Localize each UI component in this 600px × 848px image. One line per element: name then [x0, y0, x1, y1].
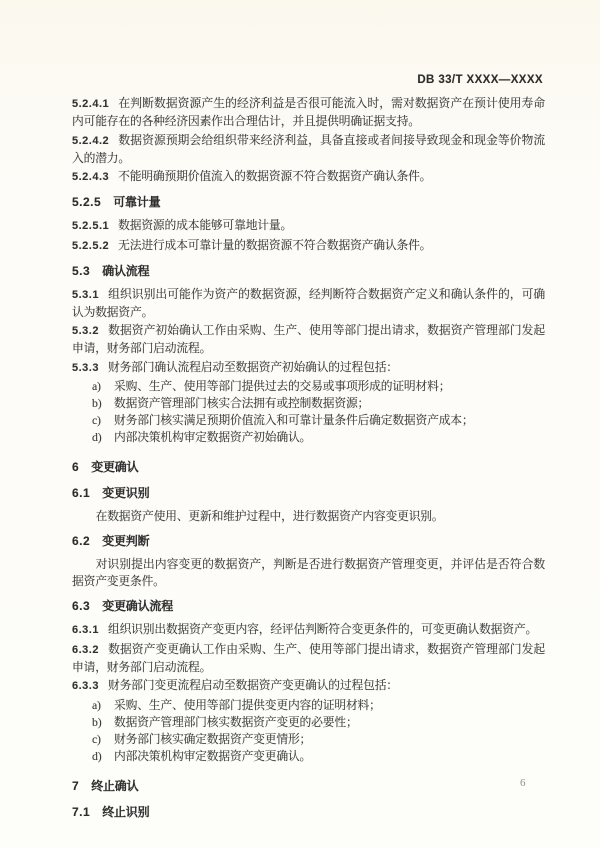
clause-text: 组织识别出可能作为资产的数据资源，经判断符合数据资产定义和确认条件的，可确认为数… [72, 287, 545, 319]
list-6-3-3: a)采购、生产、使用等部门提供变更内容的证明材料； b)数据资产管理部门核实数据… [72, 697, 545, 765]
clause-6-3-1: 6.3.1组织识别出数据资产变更内容，经评估判断符合变更条件的，可变更确认数据资… [72, 621, 545, 639]
list-item-c: c)财务部门核实满足预期价值流入和可靠计量条件后确定数据资产成本； [92, 412, 545, 429]
clause-number: 5.3.3 [72, 362, 99, 374]
list-item-text: 数据资产管理部门核实合法拥有或控制数据资源； [114, 395, 545, 412]
clause-number: 5.2.5.1 [72, 220, 109, 232]
list-item-label: a) [92, 378, 114, 395]
list-item-label: a) [92, 697, 114, 714]
heading-5-3: 5.3确认流程 [72, 263, 545, 280]
heading-title: 变更识别 [102, 486, 149, 500]
clause-number: 6.3.1 [72, 624, 99, 636]
clause-6-3-2: 6.3.2数据资产变更确认工作由采购、生产、使用等部门提出请求，数据资产管理部门… [72, 641, 545, 676]
clause-5-2-4-2: 5.2.4.2数据资源预期会给组织带来经济利益，具备直接或者间接导致现金和现金等… [72, 132, 545, 167]
clause-5-3-2: 5.3.2数据资产初始确认工作由采购、生产、使用等部门提出请求，数据资产管理部门… [72, 322, 545, 357]
clause-text: 在判断数据资源产生的经济利益是否很可能流入时，需对数据资产在预计使用寿命内可能存… [72, 96, 545, 128]
heading-5-2-5: 5.2.5可靠计量 [72, 194, 545, 211]
list-item-b: b)数据资产管理部门核实数据资产变更的必要性； [92, 714, 545, 731]
list-item-text: 数据资产管理部门核实数据资产变更的必要性； [114, 714, 545, 731]
heading-title: 终止识别 [102, 805, 149, 819]
heading-number: 6.2 [72, 534, 90, 548]
clause-number: 5.2.5.2 [72, 240, 109, 252]
clause-text: 数据资产初始确认工作由采购、生产、使用等部门提出请求，数据资产管理部门发起申请，… [72, 323, 545, 355]
heading-title: 可靠计量 [113, 195, 160, 209]
clause-text: 财务部门确认流程启动至数据资产初始确认的过程包括： [108, 360, 398, 374]
list-item-a: a)采购、生产、使用等部门提供过去的交易或事项形成的证明材料； [92, 378, 545, 395]
heading-number: 5.2.5 [72, 195, 101, 209]
paragraph-6-2: 对识别提出内容变更的数据资产，判断是否进行数据资产管理变更，并评估是否符合数据资… [72, 556, 545, 590]
heading-title: 变更判断 [102, 534, 149, 548]
clause-text: 不能明确预期价值流入的数据资源不符合数据资产确认条件。 [118, 169, 431, 183]
heading-number: 7 [72, 779, 79, 793]
clause-5-2-4-3: 5.2.4.3不能明确预期价值流入的数据资源不符合数据资产确认条件。 [72, 168, 545, 186]
clause-text: 财务部门变更流程启动至数据资产变更确认的过程包括： [108, 678, 398, 692]
clause-number: 5.3.1 [72, 289, 99, 301]
list-item-text: 内部决策机构审定数据资产变更确认。 [114, 748, 545, 765]
heading-title: 终止确认 [91, 779, 138, 793]
clause-text: 组织识别出数据资产变更内容，经评估判断符合变更条件的，可变更确认数据资产。 [108, 622, 537, 636]
heading-number: 5.3 [72, 264, 90, 278]
clause-number: 5.2.4.1 [72, 98, 109, 110]
list-item-text: 采购、生产、使用等部门提供过去的交易或事项形成的证明材料； [114, 378, 545, 395]
list-item-text: 财务部门核实满足预期价值流入和可靠计量条件后确定数据资产成本； [114, 412, 545, 429]
clause-5-2-5-2: 5.2.5.2无法进行成本可靠计量的数据资源不符合数据资产确认条件。 [72, 237, 545, 255]
document-page: DB 33/T XXXX—XXXX 5.2.4.1在判断数据资源产生的经济利益是… [0, 0, 600, 848]
clause-text: 无法进行成本可靠计量的数据资源不符合数据资产确认条件。 [118, 238, 431, 252]
page-number: 6 [520, 777, 526, 789]
heading-title: 变更确认 [91, 460, 138, 474]
clause-number: 5.2.4.3 [72, 171, 109, 183]
page-content: 5.2.4.1在判断数据资源产生的经济利益是否很可能流入时，需对数据资产在预计使… [72, 95, 545, 827]
clause-number: 5.3.2 [72, 325, 99, 337]
heading-number: 7.1 [72, 805, 90, 819]
list-item-c: c)财务部门核实确定数据资产变更情形； [92, 731, 545, 748]
list-item-text: 采购、生产、使用等部门提供变更内容的证明材料； [114, 697, 545, 714]
clause-5-2-4-1: 5.2.4.1在判断数据资源产生的经济利益是否很可能流入时，需对数据资产在预计使… [72, 95, 545, 130]
heading-6-1: 6.1变更识别 [72, 485, 545, 502]
heading-6-3: 6.3变更确认流程 [72, 598, 545, 615]
heading-number: 6.3 [72, 599, 90, 613]
clause-text: 数据资源预期会给组织带来经济利益，具备直接或者间接导致现金和现金等价物流入的潜力… [72, 133, 545, 165]
list-item-text: 财务部门核实确定数据资产变更情形； [114, 731, 545, 748]
list-5-3-3: a)采购、生产、使用等部门提供过去的交易或事项形成的证明材料； b)数据资产管理… [72, 378, 545, 446]
list-item-label: c) [92, 731, 114, 748]
clause-number: 6.3.2 [72, 644, 99, 656]
clause-text: 数据资产变更确认工作由采购、生产、使用等部门提出请求，数据资产管理部门发起申请，… [72, 642, 545, 674]
heading-number: 6.1 [72, 486, 90, 500]
list-item-text: 内部决策机构审定数据资产初始确认。 [114, 429, 545, 446]
list-item-label: d) [92, 748, 114, 765]
clause-5-3-1: 5.3.1组织识别出可能作为资产的数据资源，经判断符合数据资产定义和确认条件的，… [72, 286, 545, 321]
paragraph-6-1: 在数据资产使用、更新和维护过程中，进行数据资产内容变更识别。 [72, 508, 545, 525]
list-item-label: d) [92, 429, 114, 446]
list-item-d: d)内部决策机构审定数据资产变更确认。 [92, 748, 545, 765]
standard-number-header: DB 33/T XXXX—XXXX [417, 74, 543, 86]
chapter-heading-6: 6变更确认 [72, 459, 545, 476]
list-item-label: c) [92, 412, 114, 429]
clause-number: 6.3.3 [72, 680, 99, 692]
list-item-label: b) [92, 714, 114, 731]
clause-text: 数据资源的成本能够可靠地计量。 [118, 218, 292, 232]
heading-7-1: 7.1终止识别 [72, 804, 545, 821]
clause-number: 5.2.4.2 [72, 135, 109, 147]
heading-6-2: 6.2变更判断 [72, 533, 545, 550]
list-item-b: b)数据资产管理部门核实合法拥有或控制数据资源； [92, 395, 545, 412]
heading-title: 确认流程 [102, 264, 149, 278]
list-item-label: b) [92, 395, 114, 412]
list-item-d: d)内部决策机构审定数据资产初始确认。 [92, 429, 545, 446]
clause-5-3-3: 5.3.3财务部门确认流程启动至数据资产初始确认的过程包括： [72, 359, 545, 377]
clause-6-3-3: 6.3.3财务部门变更流程启动至数据资产变更确认的过程包括： [72, 677, 545, 695]
clause-5-2-5-1: 5.2.5.1数据资源的成本能够可靠地计量。 [72, 217, 545, 235]
list-item-a: a)采购、生产、使用等部门提供变更内容的证明材料； [92, 697, 545, 714]
chapter-heading-7: 7终止确认 [72, 778, 545, 795]
heading-number: 6 [72, 460, 79, 474]
heading-title: 变更确认流程 [102, 599, 173, 613]
